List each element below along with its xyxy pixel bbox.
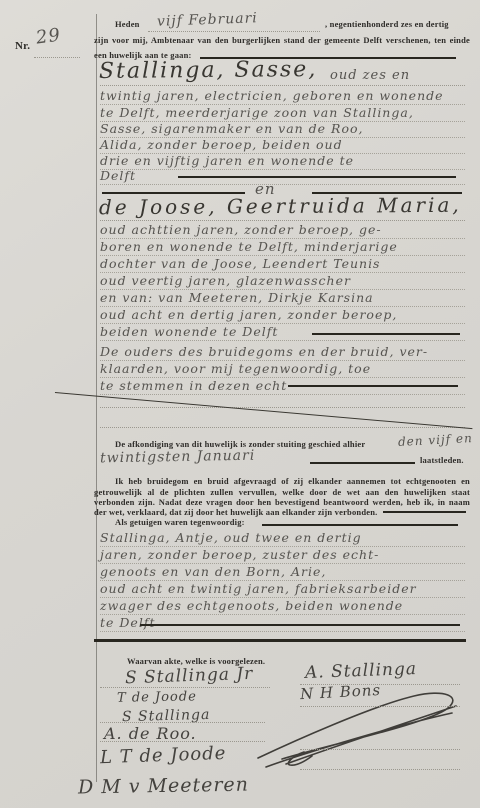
signature-groom: S Stallinga Jr <box>125 664 254 688</box>
vows-line: verbonden zijn. Nadat deze vragen door h… <box>94 497 470 507</box>
bride-line: oud veertig jaren, glazenwasscher <box>100 273 465 290</box>
signature-dotted-line <box>100 722 265 723</box>
groom-line: Alida, zonder beroep, beiden oud <box>100 137 465 154</box>
signature-bride: T de Joode <box>117 689 197 705</box>
consent-line: De ouders des bruidegoms en der bruid, v… <box>100 344 465 361</box>
bride-name-dotted-line <box>100 220 465 221</box>
opening-year-text: , negentienhonderd zes en dertig <box>325 19 449 29</box>
groom-name-dotted-line <box>100 85 465 86</box>
opening-line-2: zijn voor mij, Ambtenaar van den burgerl… <box>94 35 470 45</box>
groom-line: twintig jaren, electricien, geboren en w… <box>100 88 465 105</box>
groom-name: Stallinga, Sasse, <box>99 57 317 84</box>
handwritten-marriage-date: vijf Februari <box>157 10 258 30</box>
blank-dotted-line <box>100 407 465 408</box>
marriage-record-page: Nr. 29 Heden vijf Februari , negentienho… <box>0 0 480 808</box>
bride-end-rule <box>312 333 460 335</box>
groom-age-intro: oud zes en <box>330 68 410 83</box>
margin-number-dotted-line <box>34 57 80 58</box>
witnesses-intro: Als getuigen waren tegenwoordig: <box>115 517 245 527</box>
signature-dotted-line <box>300 684 460 685</box>
section-heavy-rule <box>94 639 466 642</box>
signature-dotted-line <box>300 749 460 750</box>
witness-line: genoots en van den Born, Arie, <box>100 564 465 581</box>
margin-number-value: 29 <box>35 24 63 48</box>
blank-dotted-line <box>100 427 465 428</box>
margin-vertical-rule <box>96 14 97 782</box>
vows-line: Ik heb bruidegom en bruid afgevraagd of … <box>115 476 470 486</box>
vows-end-dash-rule <box>383 511 466 513</box>
groom-line: Sasse, sigarenmaker en van de Roo, <box>100 121 465 138</box>
announcement-printed-end: laatstleden. <box>420 455 464 465</box>
flourish-signature-icon <box>252 686 467 771</box>
margin-number-label: Nr. <box>15 40 30 52</box>
announcement-handwritten-date-2: twintigsten Januari <box>100 448 256 467</box>
signature-dotted-line <box>300 706 460 707</box>
bride-name: de Joose, Geertruida Maria, <box>99 193 462 220</box>
bride-line: en van: van Meeteren, Dirkje Karsina <box>100 290 465 307</box>
witness-line: zwager des echtgenoots, beiden wonende <box>100 598 465 615</box>
bride-line: oud acht en dertig jaren, zonder beroep, <box>100 307 465 324</box>
announcement-handwritten-date-1: den vijf en <box>398 431 473 449</box>
bride-line: boren en wonende te Delft, minderjarige <box>100 239 465 256</box>
opening-heden-label: Heden <box>115 19 140 29</box>
witness-line: jaren, zonder beroep, zuster des echt- <box>100 547 465 564</box>
bride-line: dochter van de Joose, Leendert Teunis <box>100 256 465 273</box>
announcement-fill-rule <box>310 462 415 464</box>
groom-line: te Delft, meerderjarige zoon van Stallin… <box>100 105 465 122</box>
consent-end-rule <box>288 385 458 387</box>
signature-father-bride: L T de Joode <box>100 743 227 768</box>
bride-line: oud achttien jaren, zonder beroep, ge- <box>100 222 465 239</box>
vows-line: getrouwelijk al de plichten zullen vervu… <box>94 487 470 497</box>
signature-dotted-line <box>100 687 270 688</box>
vows-line: der wet, verklaard, dat zij door het huw… <box>94 507 378 517</box>
signature-dotted-line <box>300 769 460 770</box>
signature-dotted-line <box>100 741 265 742</box>
signature-witness-1: A. Stallinga <box>305 659 418 683</box>
diagonal-strike-line <box>55 392 473 429</box>
witness-line: Stallinga, Antje, oud twee en dertig <box>100 530 465 547</box>
witness-line: oud acht en twintig jaren, fabrieksarbei… <box>100 581 465 598</box>
witnesses-intro-rule <box>262 524 458 526</box>
opening-date-dotted-line <box>148 31 320 32</box>
witnesses-end-rule <box>140 624 460 626</box>
groom-end-rule <box>178 176 456 178</box>
signature-mother-bride: D M v Meeteren <box>78 774 249 799</box>
consent-line: klaarden, voor mij tegenwoordig, toe <box>100 361 465 378</box>
